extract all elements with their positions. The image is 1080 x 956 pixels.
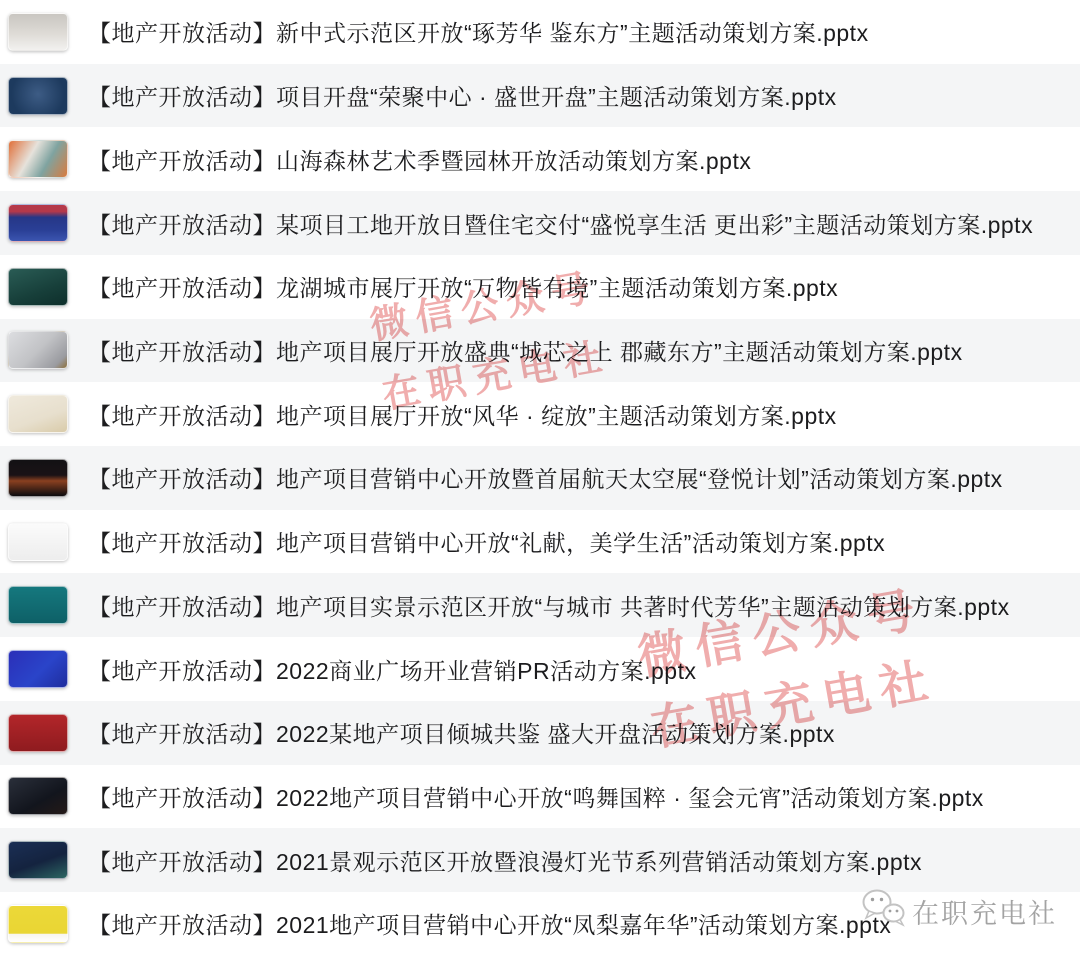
file-row[interactable]: 【地产开放活动】某项目工地开放日暨住宅交付“盛悦享生活 更出彩”主题活动策划方案…: [0, 191, 1080, 255]
file-name: 【地产开放活动】2021地产项目营销中心开放“凤梨嘉年华”活动策划方案.pptx: [88, 907, 891, 940]
file-thumbnail: [8, 777, 68, 815]
file-list: 【地产开放活动】新中式示范区开放“琢芳华 鉴东方”主题活动策划方案.pptx 【…: [0, 0, 1080, 956]
file-name: 【地产开放活动】地产项目展厅开放盛典“城芯之上 郡藏东方”主题活动策划方案.pp…: [88, 334, 963, 367]
file-thumbnail: [8, 586, 68, 624]
file-thumbnail: [8, 331, 68, 369]
file-row[interactable]: 【地产开放活动】2022某地产项目倾城共鉴 盛大开盘活动策划方案.pptx: [0, 701, 1080, 765]
file-name: 【地产开放活动】2022商业广场开业营销PR活动方案.pptx: [88, 653, 696, 686]
file-row[interactable]: 【地产开放活动】地产项目展厅开放“风华 · 绽放”主题活动策划方案.pptx: [0, 382, 1080, 446]
file-name: 【地产开放活动】项目开盘“荣聚中心 · 盛世开盘”主题活动策划方案.pptx: [88, 79, 837, 112]
file-name: 【地产开放活动】地产项目实景示范区开放“与城市 共著时代芳华”主题活动策划方案.…: [88, 589, 1010, 622]
file-name: 【地产开放活动】2022地产项目营销中心开放“鸣舞国粹 · 玺会元宵”活动策划方…: [88, 780, 984, 813]
brand-label: 在职充电社: [912, 892, 1057, 931]
file-thumbnail: [8, 905, 68, 943]
file-name: 【地产开放活动】地产项目展厅开放“风华 · 绽放”主题活动策划方案.pptx: [88, 398, 837, 431]
file-name: 【地产开放活动】地产项目营销中心开放“礼献，美学生活”活动策划方案.pptx: [88, 525, 885, 558]
file-row[interactable]: 【地产开放活动】山海森林艺术季暨园林开放活动策划方案.pptx: [0, 127, 1080, 191]
file-row[interactable]: 【地产开放活动】地产项目营销中心开放“礼献，美学生活”活动策划方案.pptx: [0, 510, 1080, 574]
file-name: 【地产开放活动】龙湖城市展厅开放“万物皆有境”主题活动策划方案.pptx: [88, 270, 838, 303]
file-row[interactable]: 【地产开放活动】地产项目实景示范区开放“与城市 共著时代芳华”主题活动策划方案.…: [0, 573, 1080, 637]
file-row[interactable]: 【地产开放活动】2022地产项目营销中心开放“鸣舞国粹 · 玺会元宵”活动策划方…: [0, 765, 1080, 829]
file-name: 【地产开放活动】2021景观示范区开放暨浪漫灯光节系列营销活动策划方案.pptx: [88, 844, 922, 877]
file-thumbnail: [8, 268, 68, 306]
file-name: 【地产开放活动】山海森林艺术季暨园林开放活动策划方案.pptx: [88, 143, 751, 176]
file-name: 【地产开放活动】新中式示范区开放“琢芳华 鉴东方”主题活动策划方案.pptx: [88, 15, 869, 48]
file-name: 【地产开放活动】地产项目营销中心开放暨首届航天太空展“登悦计划”活动策划方案.p…: [88, 461, 1003, 494]
file-name: 【地产开放活动】2022某地产项目倾城共鉴 盛大开盘活动策划方案.pptx: [88, 716, 835, 749]
file-thumbnail: [8, 140, 68, 178]
brand-watermark: 在职充电社: [860, 888, 1057, 935]
wechat-icon: [860, 888, 908, 935]
file-name: 【地产开放活动】某项目工地开放日暨住宅交付“盛悦享生活 更出彩”主题活动策划方案…: [88, 207, 1033, 240]
file-row[interactable]: 【地产开放活动】项目开盘“荣聚中心 · 盛世开盘”主题活动策划方案.pptx: [0, 64, 1080, 128]
file-thumbnail: [8, 841, 68, 879]
file-thumbnail: [8, 395, 68, 433]
file-thumbnail: [8, 459, 68, 497]
file-row[interactable]: 【地产开放活动】新中式示范区开放“琢芳华 鉴东方”主题活动策划方案.pptx: [0, 0, 1080, 64]
file-thumbnail: [8, 77, 68, 115]
file-thumbnail: [8, 714, 68, 752]
file-thumbnail: [8, 650, 68, 688]
file-row[interactable]: 【地产开放活动】地产项目展厅开放盛典“城芯之上 郡藏东方”主题活动策划方案.pp…: [0, 319, 1080, 383]
file-row[interactable]: 【地产开放活动】2021景观示范区开放暨浪漫灯光节系列营销活动策划方案.pptx: [0, 828, 1080, 892]
file-row[interactable]: 【地产开放活动】地产项目营销中心开放暨首届航天太空展“登悦计划”活动策划方案.p…: [0, 446, 1080, 510]
file-row[interactable]: 【地产开放活动】2022商业广场开业营销PR活动方案.pptx: [0, 637, 1080, 701]
file-thumbnail: [8, 523, 68, 561]
file-thumbnail: [8, 13, 68, 51]
file-row[interactable]: 【地产开放活动】龙湖城市展厅开放“万物皆有境”主题活动策划方案.pptx: [0, 255, 1080, 319]
file-list-page: 【地产开放活动】新中式示范区开放“琢芳华 鉴东方”主题活动策划方案.pptx 【…: [0, 0, 1080, 956]
file-thumbnail: [8, 204, 68, 242]
